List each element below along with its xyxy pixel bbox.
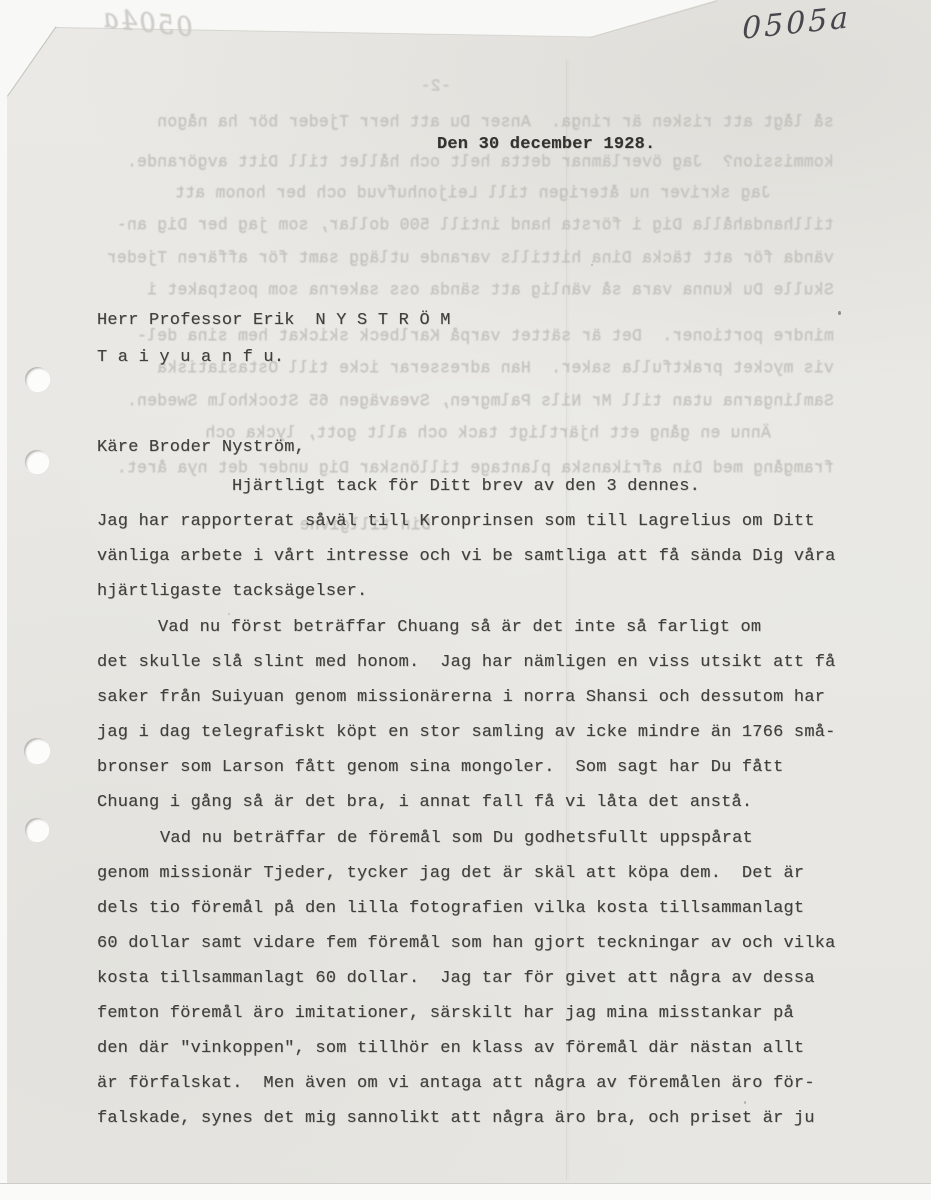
- punch-hole: [25, 818, 49, 842]
- body-line: hjärtligaste tacksägelser.: [97, 582, 367, 601]
- body-line: femton föremål äro imitationer, särskilt…: [97, 1004, 794, 1023]
- scan-speck: [228, 613, 230, 615]
- body-line: saker från Suiyuan genom missionärerna i…: [97, 688, 825, 707]
- letter-date: Den 30 december 1928.: [437, 136, 655, 153]
- body-line: 60 dollar samt vidare fem föremål som ha…: [97, 934, 836, 953]
- body-line: Jag har rapporterat såväl till Kronprins…: [97, 512, 815, 531]
- body-line: Vad nu först beträffar Chuang så är det …: [158, 618, 761, 637]
- body-line: Hjärtligt tack för Ditt brev av den 3 de…: [232, 477, 700, 496]
- body-line: är förfalskat. Men även om vi antaga att…: [97, 1074, 815, 1093]
- body-line: det skulle slå slint med honom. Jag har …: [97, 653, 836, 672]
- salutation-line: Käre Broder Nyström,: [97, 439, 305, 456]
- body-line: falskade, synes det mig sannolikt att nå…: [97, 1109, 815, 1128]
- body-line: Vad nu beträffar de föremål som Du godhe…: [160, 829, 753, 848]
- body-line: vänliga arbete i vårt intresse och vi be…: [97, 547, 836, 566]
- punch-hole: [25, 367, 50, 392]
- body-line: Chuang i gång så är det bra, i annat fal…: [97, 793, 752, 812]
- body-line: kosta tillsammanlagt 60 dollar. Jag tar …: [97, 969, 815, 988]
- scan-speck: [591, 264, 593, 266]
- body-line: genom missionär Tjeder, tycker jag det ä…: [97, 864, 804, 883]
- body-line: jag i dag telegrafiskt köpt en stor saml…: [97, 723, 836, 742]
- scan-speck: [838, 311, 841, 315]
- scan-speck: [744, 1101, 746, 1104]
- recipient-place-line: T a i y u a n f u.: [97, 349, 284, 366]
- scan-edge-bottom: [0, 1183, 931, 1200]
- scanned-letter-page: -2- 0504a så lågt att risken är ringa. A…: [0, 0, 931, 1200]
- recipient-name-line: Herr Professor Erik N Y S T R Ö M: [97, 312, 451, 329]
- punch-hole: [24, 738, 50, 764]
- body-line: den där "vinkoppen", som tillhör en klas…: [97, 1039, 804, 1058]
- body-line: dels tio föremål på den lilla fotografie…: [97, 899, 804, 918]
- body-line: bronser som Larson fått genom sina mongo…: [97, 758, 784, 777]
- punch-hole: [25, 450, 49, 474]
